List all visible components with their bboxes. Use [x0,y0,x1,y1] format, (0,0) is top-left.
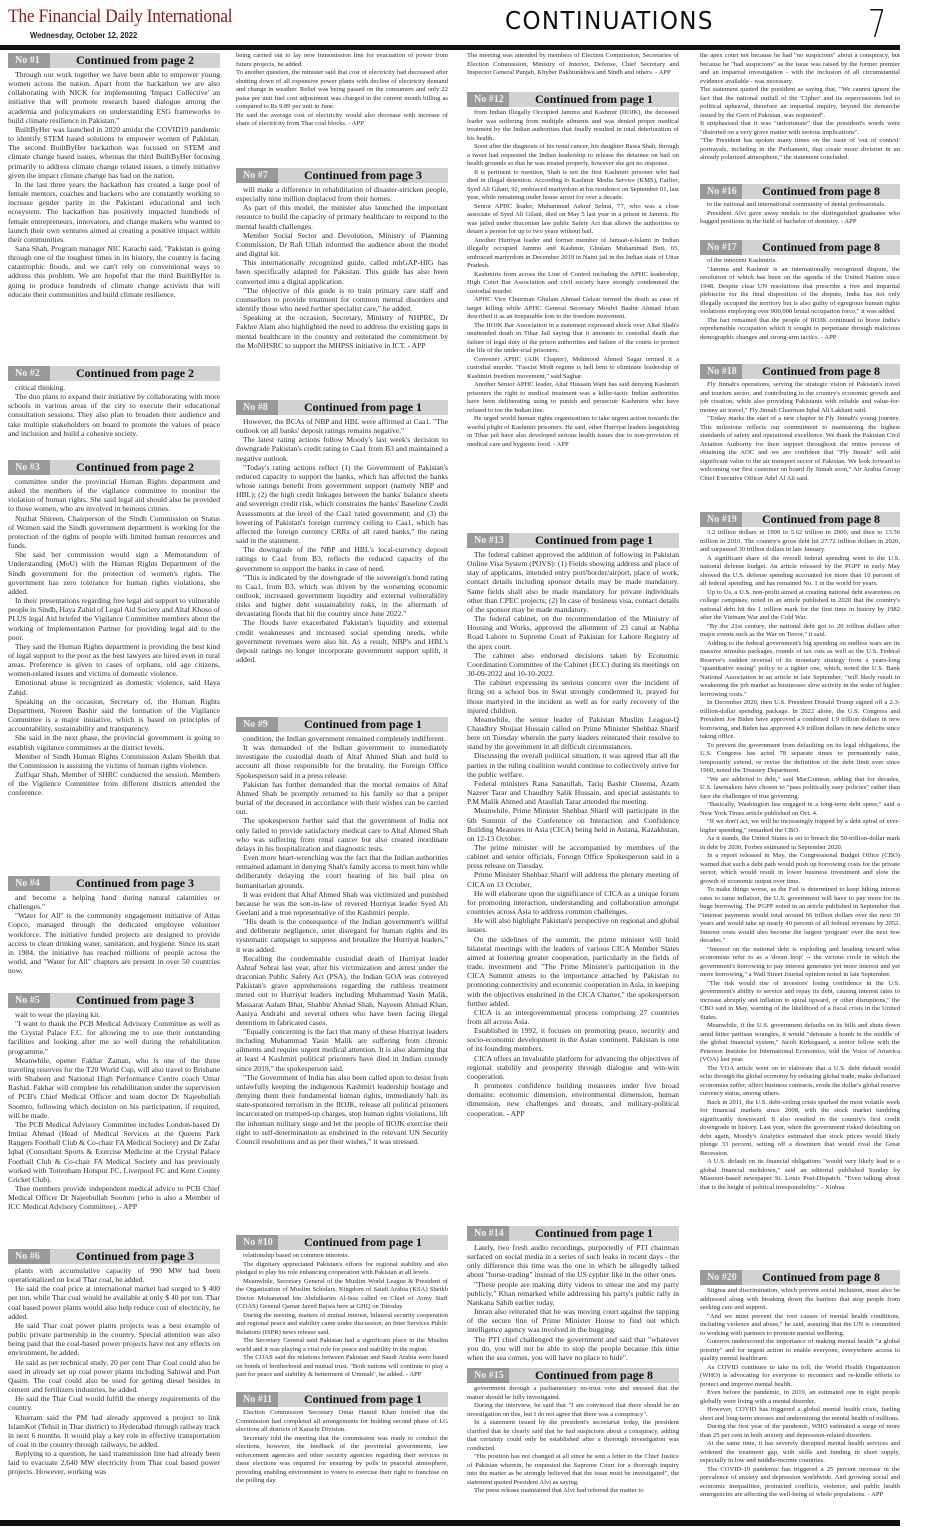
article-paragraph: "The Government of India has also been c… [236,1073,448,1146]
section-number-badge: No #4 [8,876,50,891]
article-paragraph: wait to wear the playing kit. [8,1010,220,1019]
article-paragraph: "The risk would rise of investors' losin… [700,980,900,1023]
article-paragraph: The COAS said the relations between Paki… [236,1354,448,1380]
article-paragraph: "The objective of this guide is to train… [236,286,448,313]
section-continued-label: Continued from page 1 [278,1392,448,1407]
section-header: No #5Continued from page 3 [8,993,220,1008]
section-number-badge: No #17 [700,240,742,255]
footer-rule [0,1520,900,1526]
section-continued-label: Continued from page 8 [742,184,900,199]
header-rule [0,45,900,50]
section-header: No #10Continued from page 1 [236,1235,448,1250]
article-section-lead-17: the apex court not because he had "no su… [700,52,900,183]
article-paragraph: The fact remained that the people of IIO… [700,317,900,343]
article-section-lead-6: being carried out to lay new transmissio… [236,52,448,168]
article-paragraph: She said her commission would sign a Mem… [8,550,220,596]
article-paragraph: BuiltByHer was launched in 2020 amidst t… [8,125,220,180]
article-paragraph: She said in the next phase, the provinci… [8,733,220,751]
article-paragraph: To another question, the minister said t… [236,69,448,112]
section-body: being carried out to lay new transmissio… [236,52,448,129]
article-paragraph: Meanwhile, Prime Minister Shehbaz Sharif… [467,806,679,843]
article-section-14: No #14Continued from page 1Lately, two f… [467,1226,679,1366]
section-header: No #20Continued from page 8 [700,1270,900,1285]
article-paragraph: "These people are making dirty videos to… [467,1280,679,1307]
section-continued-label: Continued from page 1 [509,1226,679,1241]
article-paragraph: In the last three years the hackathon ha… [8,180,220,244]
article-paragraph: However, COVID has triggered a global me… [700,1406,900,1423]
section-number-badge: No #20 [700,1270,742,1285]
article-paragraph: He said as per technical study, 20 per c… [8,1358,220,1395]
article-paragraph: "Equally concerning is the fact that man… [236,1027,448,1073]
article-paragraph: It is pertinent to mention, Shah is not … [467,169,679,203]
page-section-title: CONTINUATIONS [505,6,714,35]
article-paragraph: "Water for All" is the community engagem… [8,911,220,975]
section-body: will make a difference in rehabilitation… [236,185,448,350]
article-paragraph: Recalling the condemnable custodial deat… [236,954,448,1027]
article-section-4: No #4Continued from page 3and become a h… [8,876,220,992]
article-paragraph: Prime Minister Shehbaz Sharif will addre… [467,870,679,888]
section-continued-label: Continued from page 8 [742,1270,900,1285]
section-body: relationship based on common interests.T… [236,1252,448,1380]
section-header: No #2Continued from page 2 [8,366,220,381]
section-header: No #13Continued from page 1 [467,533,679,548]
article-paragraph: Adding to the federal government's big s… [700,640,900,700]
article-paragraph: The IIOJK Bar Association in a statement… [467,322,679,356]
article-paragraph: He said Thar coal power plants projects … [8,1321,220,1358]
article-paragraph: He will also highlight Pakistan's perspe… [467,916,679,934]
section-body: plants with accumulative capacity of 990… [8,1266,220,1477]
section-number-badge: No #18 [700,364,742,379]
section-body: Through our work together we have been a… [8,70,220,299]
section-header: No #19Continued from page 8 [700,512,900,527]
article-paragraph: Member Social Sector and Devolution, Min… [236,231,448,258]
article-paragraph: Back in 2011, the U.S. debt-ceiling cris… [700,1099,900,1159]
section-number-badge: No #12 [467,92,509,107]
section-number-badge: No #1 [8,53,50,68]
issue-date: Wednesday, October 12, 2022 [30,30,137,40]
section-continued-label: Continued from page 8 [742,240,900,255]
article-paragraph: Meanwhile, opener Fakhar Zaman, who is o… [8,1056,220,1120]
section-number-badge: No #16 [700,184,742,199]
article-paragraph: Established in 1992, it focuses on promo… [467,1026,679,1053]
article-paragraph: The latest rating actions follow Moody's… [236,435,448,462]
article-paragraph: "By the 21st century, the national debt … [700,623,900,640]
section-continued-label: Continued from page 2 [50,53,220,68]
article-paragraph: from Indian Illegally Occupied Jammu and… [467,109,679,143]
article-paragraph: It emphasised that it was "unfortunate" … [700,120,900,137]
article-paragraph: of the innocent Kashmiris. [700,257,900,266]
article-section-18: No #18Continued from page 8Fly Jinnah's … [700,364,900,510]
section-body: government through a parliamentary no-tr… [467,1385,679,1496]
section-continued-label: Continued from page 1 [278,400,448,415]
article-paragraph: They said the Human Rights department is… [8,642,220,679]
section-number-badge: No #8 [236,400,278,415]
article-paragraph: Another Senior APHC leader, Altaf Hussai… [467,381,679,415]
article-paragraph: In a report released in May, the Congres… [700,852,900,886]
article-paragraph: Meanwhile, Secretary General of the Musl… [236,1278,448,1312]
article-paragraph: critical thinking. [8,383,220,392]
article-paragraph: The duo plans to expand their initiative… [8,392,220,438]
section-header: No #16Continued from page 8 [700,184,900,199]
section-header: No #14Continued from page 1 [467,1226,679,1241]
article-paragraph: Another Hurriyat leader and former membe… [467,237,679,271]
article-paragraph: Lately, two fresh audio recordings, purp… [467,1243,679,1280]
section-body: and become a helping hand during natural… [8,893,220,975]
article-paragraph: committee under the provincial Human Rig… [8,477,220,514]
section-continued-label: Continued from page 1 [509,533,679,548]
article-paragraph: Speaking on the occasion, Secretary of, … [8,697,220,734]
section-body: of the innocent Kashmiris."Jammu and Kas… [700,257,900,342]
section-number-badge: No #19 [700,512,742,527]
section-body: The meeting was attended by members of E… [467,52,679,78]
article-paragraph: Pakistan has further demanded that the m… [236,780,448,817]
article-section-5: No #5Continued from page 3wait to wear t… [8,993,220,1248]
article-section-7: No #7Continued from page 3will make a di… [236,168,448,398]
article-paragraph: As COVID continues to take its toll, the… [700,1364,900,1390]
article-paragraph: being carried out to lay new transmissio… [236,52,448,69]
article-paragraph: "Today marks the start of a new chapter … [700,415,900,483]
article-paragraph: The cabinet expressing its serious conce… [467,678,679,715]
article-paragraph: will make a difference in rehabilitation… [236,185,448,203]
article-paragraph: During the first year of the pandemic, W… [700,1423,900,1440]
section-body: the apex court not because he had "no su… [700,52,900,163]
section-header: No #12Continued from page 1 [467,92,679,107]
section-number-badge: No #15 [467,1368,509,1383]
article-paragraph: 3.2 trillion dollars in 1990 to 5.62 tri… [700,529,900,555]
article-section-3: No #3Continued from page 2committee unde… [8,460,220,875]
section-number-badge: No #7 [236,168,278,183]
masthead: The Financial Daily International Wednes… [0,0,945,48]
article-paragraph: Senior APHC leader, Muhammad Ashraf Sehr… [467,203,679,237]
article-section-8: No #8Continued from page 1However, the B… [236,400,448,715]
section-continued-label: Continued from page 1 [278,1235,448,1250]
section-continued-label: Continued from page 2 [50,366,220,381]
article-paragraph: Federal ministers Rana Sanaullah, Tariq … [467,779,679,806]
article-paragraph: This internationally recognized guide, c… [236,258,448,285]
article-paragraph: "Basically, Washington has engaged in a … [700,801,900,818]
article-paragraph: Convener APHC (AJK Chapter), Mehmood Ahm… [467,356,679,382]
section-header: No #17Continued from page 8 [700,240,900,255]
article-paragraph: "And we must prevent the root causes of … [700,1313,900,1339]
section-body: However, the BCAs of NBP and HBL were af… [236,417,448,664]
article-paragraph: Meanwhile, if the U.S. government defaul… [700,1022,900,1065]
section-continued-label: Continued from page 8 [742,364,900,379]
article-paragraph: "His death is the consequence of the Ind… [236,917,448,954]
article-paragraph: He said the Thar Coal would fulfill the … [8,1394,220,1412]
article-paragraph: In a statement issued by the president's… [467,1419,679,1453]
article-section-20: No #20Continued from page 8Stigma and di… [700,1270,900,1519]
article-paragraph: Replying to a question, he said transmis… [8,1449,220,1476]
section-header: No #1Continued from page 2 [8,53,220,68]
section-number-badge: No #14 [467,1226,509,1241]
section-continued-label: Continued from page 3 [50,876,220,891]
article-section-9: No #9Continued from page 1condition, the… [236,717,448,1232]
article-paragraph: At the same time, it has severely disrup… [700,1440,900,1466]
section-continued-label: Continued from page 2 [50,460,220,475]
article-paragraph: CICA offers an invaluable platform for a… [467,1054,679,1081]
newspaper-name: The Financial Daily International [8,6,232,28]
article-paragraph: Soon after the diagnosis of his renal ca… [467,143,679,169]
article-paragraph: The spokesperson further said that the g… [236,816,448,853]
article-paragraph: However, the BCAs of NBP and HBL were af… [236,417,448,435]
article-paragraph: Speaking at the occasion, Secretary, Min… [236,313,448,350]
section-body: to the national and international commun… [700,201,900,227]
article-paragraph: The floods have exacerbated Pakistan's l… [236,618,448,664]
article-paragraph: A significant share of the overall feder… [700,555,900,589]
section-number-badge: No #10 [236,1235,278,1250]
section-continued-label: Continued from page 3 [50,993,220,1008]
article-paragraph: The downgrade of the NBP and HBL's local… [236,545,448,572]
section-number-badge: No #3 [8,460,50,475]
article-paragraph: plants with accumulative capacity of 990… [8,1266,220,1284]
article-paragraph: He said the coal price at international … [8,1284,220,1321]
section-header: No #11Continued from page 1 [236,1392,448,1407]
article-paragraph: Even more heart-wrenching was the fact t… [236,853,448,890]
article-section-19: No #19Continued from page 83.2 trillion … [700,512,900,1262]
article-paragraph: Zulfiqar Shah, Member of SHRC conducted … [8,770,220,797]
article-paragraph: Khurram said the PM had already approved… [8,1413,220,1450]
article-paragraph: "I want to thank the PCB Medical Advisor… [8,1019,220,1056]
article-paragraph: Imran also reiterated that he was moving… [467,1307,679,1334]
section-header: No #15Continued from page 8 [467,1368,679,1383]
article-paragraph: the apex court not because he had "no su… [700,52,900,86]
article-paragraph: "We are addicted to debt," said MacGuine… [700,776,900,802]
section-header: No #3Continued from page 2 [8,460,220,475]
article-section-16: No #16Continued from page 8to the nation… [700,184,900,237]
article-section-12: No #12Continued from page 1from Indian I… [467,92,679,532]
article-paragraph: The federal cabinet, on the recommendati… [467,614,679,651]
article-paragraph: To make things worse, as the Fed is dete… [700,886,900,946]
article-paragraph: President Alvi gave away medals to the d… [700,210,900,227]
section-continued-label: Continued from page 1 [509,92,679,107]
article-paragraph: "Today's rating actions reflect (1) the … [236,463,448,545]
article-paragraph: The meeting was attended by members of E… [467,52,679,78]
section-header: No #4Continued from page 3 [8,876,220,891]
article-paragraph: During the meeting, matters of mutual in… [236,1312,448,1338]
section-continued-label: Continued from page 3 [278,168,448,183]
article-paragraph: CICA is an intergovernmental process com… [467,1008,679,1026]
article-paragraph: APHC Vice Chairman Ghulam Ahmad Gulzar t… [467,296,679,322]
article-paragraph: Fly Jinnah's operations, serving the str… [700,381,900,415]
section-number-badge: No #5 [8,993,50,1008]
article-paragraph: The press release maintained that Alvi h… [467,1487,679,1496]
article-paragraph: The PTI chief challenged the government … [467,1335,679,1362]
section-continued-label: Continued from page 3 [50,1249,220,1264]
article-paragraph: As part of this model, the minister also… [236,203,448,230]
article-section-1: No #1Continued from page 2Through our wo… [8,53,220,364]
section-number-badge: No #2 [8,366,50,381]
article-paragraph: Stigma and discrimination, which prevent… [700,1287,900,1313]
article-paragraph: It was evident that Altaf Ahmed Shah was… [236,890,448,917]
section-header: No #7Continued from page 3 [236,168,448,183]
section-body: The federal cabinet approved the additio… [467,550,679,1118]
section-body: condition, the Indian government remaine… [236,734,448,1146]
section-body: critical thinking.The duo plans to expan… [8,383,220,438]
article-paragraph: relationship based on common interests. [236,1252,448,1261]
article-paragraph: Sana Shah, Program manager NIC Karachi s… [8,244,220,299]
article-paragraph: Thee members provide independent medical… [8,1184,220,1211]
article-section-15: No #15Continued from page 8government th… [467,1368,679,1519]
section-continued-label: Continued from page 1 [278,717,448,732]
article-paragraph: As it stands, the United States is set t… [700,835,900,852]
article-paragraph: and become a helping hand during natural… [8,893,220,911]
article-paragraph: The statement quoted the president as sa… [700,86,900,120]
section-body: wait to wear the playing kit."I want to … [8,1010,220,1211]
article-section-13: No #13Continued from page 1The federal c… [467,533,679,1223]
article-section-lead-12: The meeting was attended by members of E… [467,52,679,90]
section-number-badge: No #6 [8,1249,50,1264]
article-paragraph: "His position has not changed at all sin… [467,1453,679,1487]
section-body: Fly Jinnah's operations, serving the str… [700,381,900,483]
article-section-2: No #2Continued from page 2critical think… [8,366,220,455]
article-paragraph: Member of Sindh Human Rights Commission … [8,752,220,770]
article-paragraph: Guterres underscored the importance of m… [700,1338,900,1364]
section-number-badge: No #13 [467,533,509,548]
article-paragraph: A U.S. default on its financial obligati… [700,1158,900,1192]
section-number-badge: No #9 [236,717,278,732]
article-paragraph: In December 2020, then U.S. President Do… [700,699,900,742]
article-paragraph: He urged world human rights organization… [467,415,679,449]
article-paragraph: condition, the Indian government remaine… [236,734,448,743]
article-paragraph: Election Commission Secretary Omar Hamid… [236,1409,448,1435]
article-paragraph: "Interest on the national debt is explod… [700,946,900,980]
section-header: No #9Continued from page 1 [236,717,448,732]
article-paragraph: In their presentations regarding free le… [8,596,220,642]
article-paragraph: It promotes confidence building measures… [467,1081,679,1118]
article-section-6: No #6Continued from page 3plants with ac… [8,1249,220,1519]
page-number: 7 [868,2,886,46]
section-header: No #8Continued from page 1 [236,400,448,415]
article-paragraph: "Jammu and Kashmir is an internationally… [700,266,900,317]
article-paragraph: During the interview, he said that "I am… [467,1402,679,1419]
article-paragraph: to the national and international commun… [700,201,900,210]
article-paragraph: He will elaborate upon the significance … [467,889,679,916]
article-paragraph: The PCB Medical Advisory Committee inclu… [8,1120,220,1184]
article-paragraph: Emotional abuse is recognized as domesti… [8,678,220,696]
article-paragraph: It was demanded of the Indian government… [236,743,448,780]
section-number-badge: No #11 [236,1392,278,1407]
section-header: No #6Continued from page 3 [8,1249,220,1264]
section-continued-label: Continued from page 8 [509,1368,679,1383]
article-paragraph: Kashmiris from across the Line of Contro… [467,271,679,297]
article-paragraph: On the sidelines of the summit, the prim… [467,935,679,1008]
article-paragraph: The COVID-19 pandemic has triggered a 25… [700,1466,900,1500]
article-paragraph: He said the average cost of electricity … [236,112,448,129]
section-body: Election Commission Secretary Omar Hamid… [236,1409,448,1486]
article-paragraph: government through a parliamentary no-tr… [467,1385,679,1402]
article-paragraph: Through our work together we have been a… [8,70,220,125]
article-paragraph: "The President has spoken many times on … [700,137,900,163]
article-paragraph: Up to Us, a U.S. non-profit aimed at cre… [700,589,900,623]
article-paragraph: Even before the pandemic, in 2019, an es… [700,1389,900,1406]
article-paragraph: The Secretary General said Pakistan had … [236,1337,448,1354]
article-section-17: No #17Continued from page 8of the innoce… [700,240,900,362]
section-body: 3.2 trillion dollars in 1990 to 5.62 tri… [700,529,900,1192]
article-paragraph: To prevent the government from defaultin… [700,742,900,776]
article-paragraph: The prime minister will be accompanied b… [467,843,679,870]
article-paragraph: Secretary told the meeting that the comm… [236,1435,448,1486]
article-section-10: No #10Continued from page 1relationship … [236,1235,448,1390]
section-body: Stigma and discrimination, which prevent… [700,1287,900,1500]
section-body: committee under the provincial Human Rig… [8,477,220,797]
article-paragraph: Meanwhile, the senior leader of Pakistan… [467,715,679,752]
article-paragraph: The federal cabinet approved the additio… [467,550,679,614]
article-paragraph: The VOA article went on to elaborate tha… [700,1065,900,1099]
article-paragraph: Discussing the overall political situati… [467,751,679,778]
section-header: No #18Continued from page 8 [700,364,900,379]
article-paragraph: The cabinet also endorsed decisions take… [467,651,679,678]
article-paragraph: "This is indicated by the downgrade of t… [236,573,448,619]
article-paragraph: Nuzhat Shireen, Chairperson of the Sindh… [8,514,220,551]
section-body: from Indian Illegally Occupied Jammu and… [467,109,679,449]
section-continued-label: Continued from page 8 [742,512,900,527]
article-section-11: No #11Continued from page 1Election Comm… [236,1392,448,1519]
article-paragraph: "If we don't act, we will be increasingl… [700,818,900,835]
article-paragraph: The dignitary appreciated Pakistan's eff… [236,1261,448,1278]
section-body: Lately, two fresh audio recordings, purp… [467,1243,679,1362]
